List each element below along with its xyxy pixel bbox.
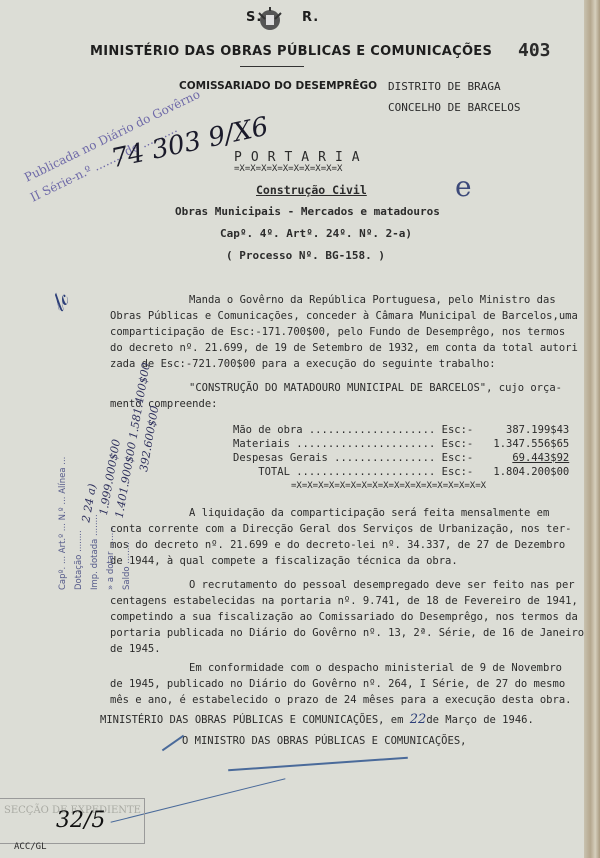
text-line: de 1945, publicado no Diário do Govêrno … [110, 676, 571, 692]
paragraph-recruitment: O recrutamento do pessoal desempregado d… [110, 577, 584, 657]
text-line: conta corrente com a Direcção Geral dos … [110, 521, 571, 537]
portaria-title: PORTARIA [234, 150, 369, 165]
text-line: mos do decreto nº. 21.699 e do decreto-l… [110, 537, 571, 553]
text-line: O recrutamento do pessoal desempregado d… [110, 577, 584, 593]
budget-row: Mão de obra .................... Esc:-38… [233, 423, 569, 437]
paragraph-deadline: Em conformidade com o despacho ministeri… [110, 660, 571, 708]
ministry-heading: MINISTÉRIO DAS OBRAS PÚBLICAS E COMUNICA… [90, 44, 492, 59]
text-line: Manda o Govêrno da República Portuguesa,… [110, 292, 578, 308]
margin-mark: e [455, 170, 472, 203]
typist-initials: ACC/GL [14, 842, 47, 852]
text-line: de 1945. [110, 641, 584, 657]
department: COMISSARIADO DO DESEMPRÊGO [179, 80, 377, 92]
chapter: Capº. 4º. Artº. 24º. Nº. 2-a) [220, 227, 412, 240]
handwritten-registry-number: 32/5 [56, 808, 105, 833]
text-line: mento compreende: [110, 396, 562, 412]
text-line: Em conformidade com o despacho ministeri… [110, 660, 571, 676]
subject: Construção Civil [256, 183, 367, 197]
text-line: centagens estabelecidas na portaria nº. … [110, 593, 584, 609]
text-line: "CONSTRUÇÃO DO MATADOURO MUNICIPAL DE BA… [110, 380, 562, 396]
coat-of-arms-icon [255, 5, 285, 35]
closing-date: MINISTÉRIO DAS OBRAS PÚBLICAS E COMUNICA… [100, 712, 534, 728]
text-line: mês e ano, é estabelecido o prazo de 24 … [110, 692, 571, 708]
handwritten-day: 22 [410, 712, 427, 727]
title-separator: =X=X=X=X=X=X=X=X=X=X [234, 164, 342, 174]
text-line: comparticipação de Esc:-171.700$00, pelo… [110, 324, 578, 340]
budget-separator: =X=X=X=X=X=X=X=X=X=X=X=X=X=X=X=X=X=X [233, 479, 569, 493]
category: Obras Municipais - Mercados e matadouros [175, 205, 440, 218]
page-edge [584, 0, 600, 858]
paragraph-settlement: A liquidação da comparticipação será fei… [110, 505, 571, 569]
budget-total-row: TOTAL ...................... Esc:-1.804.… [233, 465, 569, 479]
text-line: Obras Públicas e Comunicações, conceder … [110, 308, 578, 324]
budget-table: Mão de obra .................... Esc:-38… [233, 423, 569, 493]
district: DISTRITO DE BRAGA [388, 80, 501, 93]
text-line: portaria publicada no Diário do Govêrno … [110, 625, 584, 641]
municipality: CONCELHO DE BARCELOS [388, 101, 520, 114]
text-line: zada de Esc:-721.700$00 para a execução … [110, 356, 578, 372]
process-number: ( Processo Nº. BG-158. ) [226, 249, 385, 262]
page-number: 403 [518, 40, 551, 61]
paragraph-grant: Manda o Govêrno da República Portuguesa,… [110, 292, 578, 372]
text-line: competindo a sua fiscalização ao Comissa… [110, 609, 584, 625]
budget-row: Despesas Gerais ................ Esc:-69… [233, 451, 569, 465]
monogram-right: R. [302, 10, 319, 25]
text-line: do decreto nº. 21.699, de 19 de Setembro… [110, 340, 578, 356]
text-line: A liquidação da comparticipação será fei… [110, 505, 571, 521]
text-line: de 1944, à qual compete a fiscalização t… [110, 553, 571, 569]
heading-divider [240, 66, 304, 70]
signatory-title: O MINISTRO DAS OBRAS PÚBLICAS E COMUNICA… [182, 733, 466, 749]
paragraph-project: "CONSTRUÇÃO DO MATADOURO MUNICIPAL DE BA… [110, 380, 562, 412]
budget-row: Materiais ...................... Esc:-1.… [233, 437, 569, 451]
